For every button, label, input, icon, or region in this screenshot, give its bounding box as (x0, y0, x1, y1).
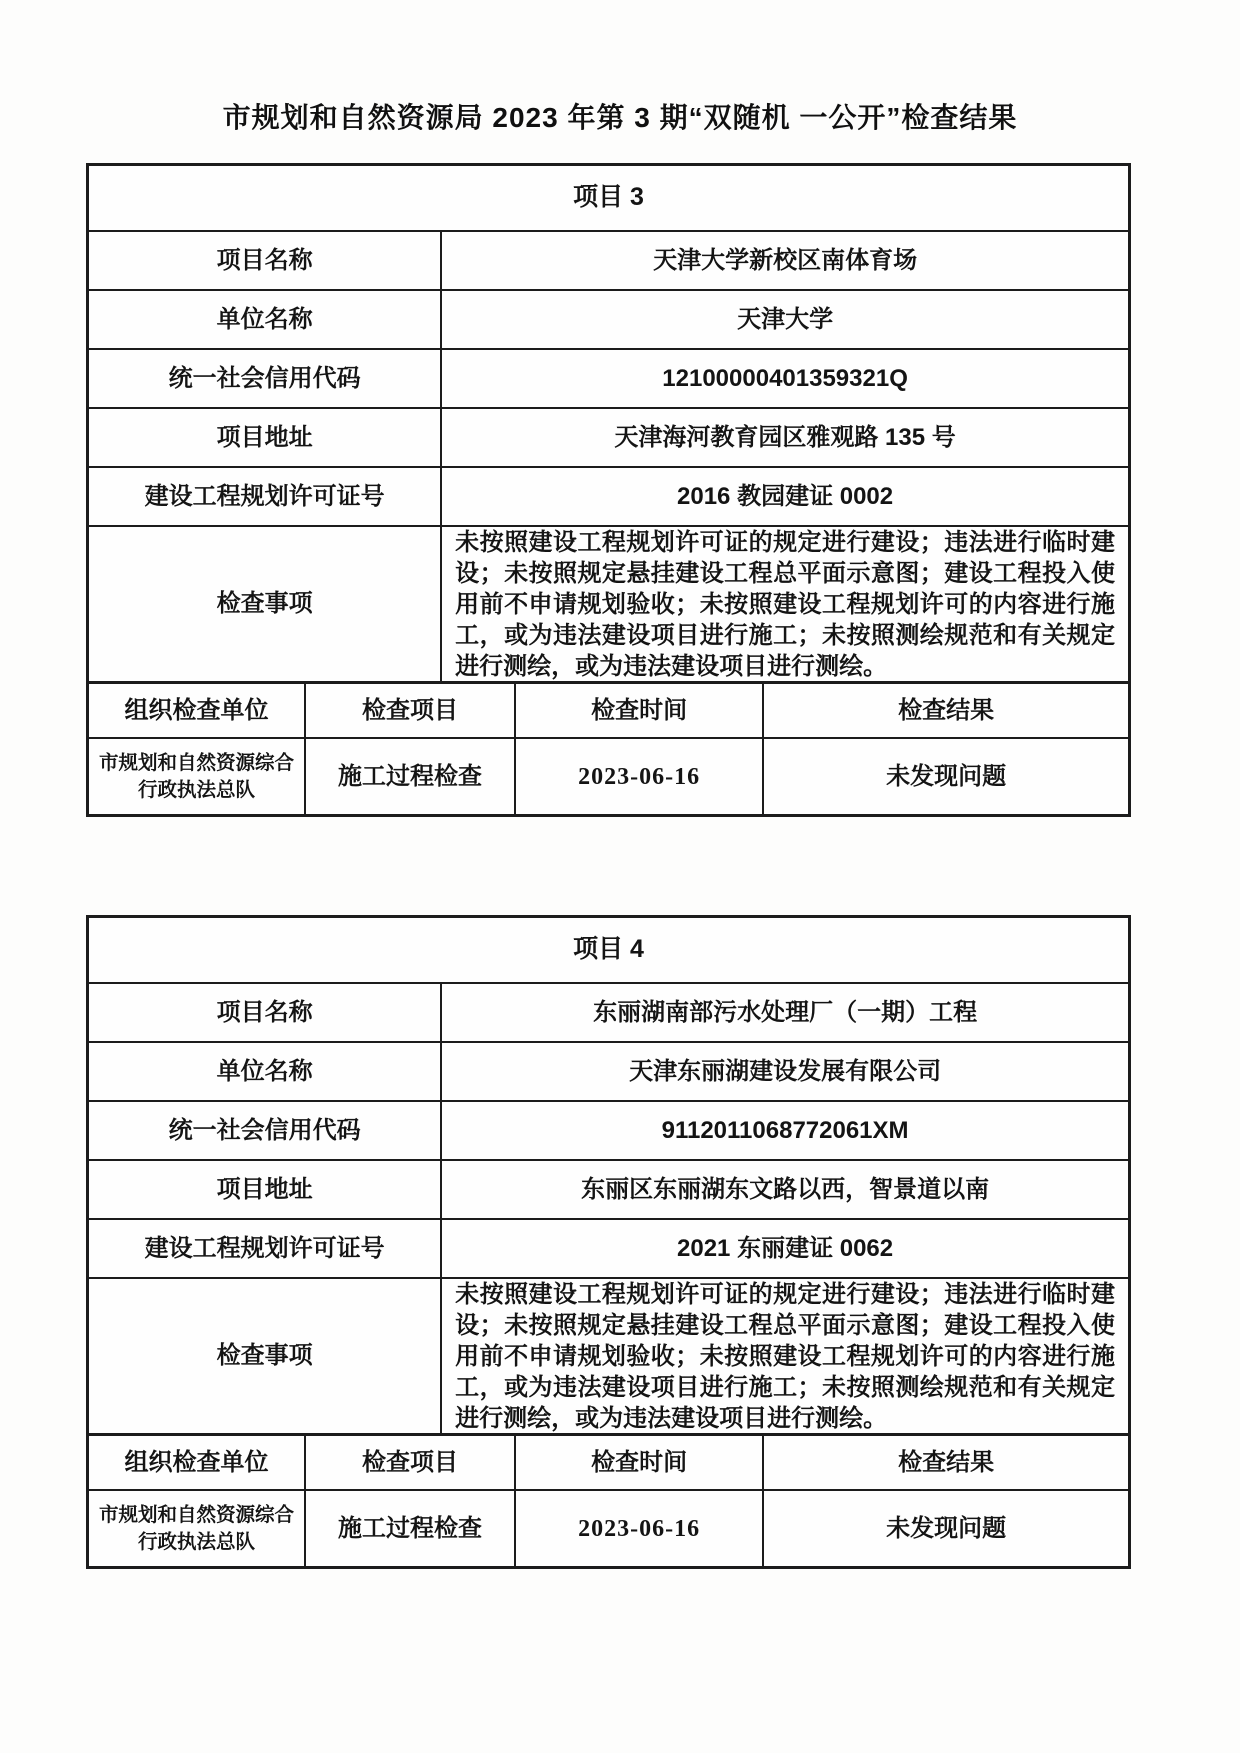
result-header-row: 组织检查单位 检查项目 检查时间 检查结果 (89, 681, 1128, 737)
result-header-row: 组织检查单位 检查项目 检查时间 检查结果 (89, 1433, 1128, 1489)
field-value: 天津大学新校区南体育场 (440, 232, 1128, 289)
inspection-result: 未发现问题 (762, 739, 1128, 814)
table-row: 建设工程规划许可证号 2016 教园建证 0002 (89, 466, 1128, 525)
field-label: 统一社会信用代码 (89, 350, 440, 407)
field-value: 9112011068772061XM (440, 1102, 1128, 1159)
inspection-item: 施工过程检查 (304, 1491, 514, 1566)
field-value: 东丽区东丽湖东文路以西，智景道以南 (440, 1161, 1128, 1218)
field-label: 项目地址 (89, 1161, 440, 1218)
field-label: 检查事项 (89, 527, 440, 681)
field-label: 项目名称 (89, 232, 440, 289)
table-row: 检查事项 未按照建设工程规划许可证的规定进行建设；违法进行临时建设；未按照规定悬… (89, 525, 1128, 681)
column-header: 检查项目 (304, 1436, 514, 1489)
table-row: 项目地址 天津海河教育园区雅观路 135 号 (89, 407, 1128, 466)
table-row: 建设工程规划许可证号 2021 东丽建证 0062 (89, 1218, 1128, 1277)
inspection-result: 未发现问题 (762, 1491, 1128, 1566)
field-label: 单位名称 (89, 1043, 440, 1100)
column-header: 检查时间 (514, 1436, 762, 1489)
table-row: 项目名称 天津大学新校区南体育场 (89, 230, 1128, 289)
project-4-table: 项目 4 项目名称 东丽湖南部污水处理厂（一期）工程 单位名称 天津东丽湖建设发… (86, 915, 1131, 1569)
result-data-row: 市规划和自然资源综合行政执法总队 施工过程检查 2023-06-16 未发现问题 (89, 1489, 1128, 1566)
table-row: 项目名称 东丽湖南部污水处理厂（一期）工程 (89, 982, 1128, 1041)
field-label: 统一社会信用代码 (89, 1102, 440, 1159)
table-row: 单位名称 天津东丽湖建设发展有限公司 (89, 1041, 1128, 1100)
table-row: 项目地址 东丽区东丽湖东文路以西，智景道以南 (89, 1159, 1128, 1218)
field-label: 项目名称 (89, 984, 440, 1041)
field-value: 天津海河教育园区雅观路 135 号 (440, 409, 1128, 466)
column-header: 组织检查单位 (89, 684, 304, 737)
inspection-org: 市规划和自然资源综合行政执法总队 (89, 1491, 304, 1566)
column-header: 检查结果 (762, 684, 1128, 737)
column-header: 检查结果 (762, 1436, 1128, 1489)
table-row: 单位名称 天津大学 (89, 289, 1128, 348)
table-row: 统一社会信用代码 9112011068772061XM (89, 1100, 1128, 1159)
field-value: 天津大学 (440, 291, 1128, 348)
column-header: 检查项目 (304, 684, 514, 737)
project-table-title: 项目 3 (89, 166, 1128, 230)
inspection-date: 2023-06-16 (514, 1491, 762, 1566)
inspection-org: 市规划和自然资源综合行政执法总队 (89, 739, 304, 814)
table-row: 检查事项 未按照建设工程规划许可证的规定进行建设；违法进行临时建设；未按照规定悬… (89, 1277, 1128, 1433)
field-label: 建设工程规划许可证号 (89, 468, 440, 525)
field-value: 12100000401359321Q (440, 350, 1128, 407)
table-row: 项目 4 (89, 918, 1128, 982)
field-value: 天津东丽湖建设发展有限公司 (440, 1043, 1128, 1100)
field-label: 建设工程规划许可证号 (89, 1220, 440, 1277)
table-row: 项目 3 (89, 166, 1128, 230)
column-header: 检查时间 (514, 684, 762, 737)
project-3-table: 项目 3 项目名称 天津大学新校区南体育场 单位名称 天津大学 统一社会信用代码… (86, 163, 1131, 817)
inspection-items-text: 未按照建设工程规划许可证的规定进行建设；违法进行临时建设；未按照规定悬挂建设工程… (440, 527, 1128, 681)
field-value: 2021 东丽建证 0062 (440, 1220, 1128, 1277)
document-page: 市规划和自然资源局 2023 年第 3 期“双随机 一公开”检查结果 项目 3 … (0, 0, 1240, 1753)
table-row: 统一社会信用代码 12100000401359321Q (89, 348, 1128, 407)
field-value: 东丽湖南部污水处理厂（一期）工程 (440, 984, 1128, 1041)
field-label: 单位名称 (89, 291, 440, 348)
project-table-title: 项目 4 (89, 918, 1128, 982)
column-header: 组织检查单位 (89, 1436, 304, 1489)
field-label: 项目地址 (89, 409, 440, 466)
page-title: 市规划和自然资源局 2023 年第 3 期“双随机 一公开”检查结果 (0, 96, 1240, 136)
field-value: 2016 教园建证 0002 (440, 468, 1128, 525)
field-label: 检查事项 (89, 1279, 440, 1433)
inspection-item: 施工过程检查 (304, 739, 514, 814)
inspection-items-text: 未按照建设工程规划许可证的规定进行建设；违法进行临时建设；未按照规定悬挂建设工程… (440, 1279, 1128, 1433)
result-data-row: 市规划和自然资源综合行政执法总队 施工过程检查 2023-06-16 未发现问题 (89, 737, 1128, 814)
inspection-date: 2023-06-16 (514, 739, 762, 814)
